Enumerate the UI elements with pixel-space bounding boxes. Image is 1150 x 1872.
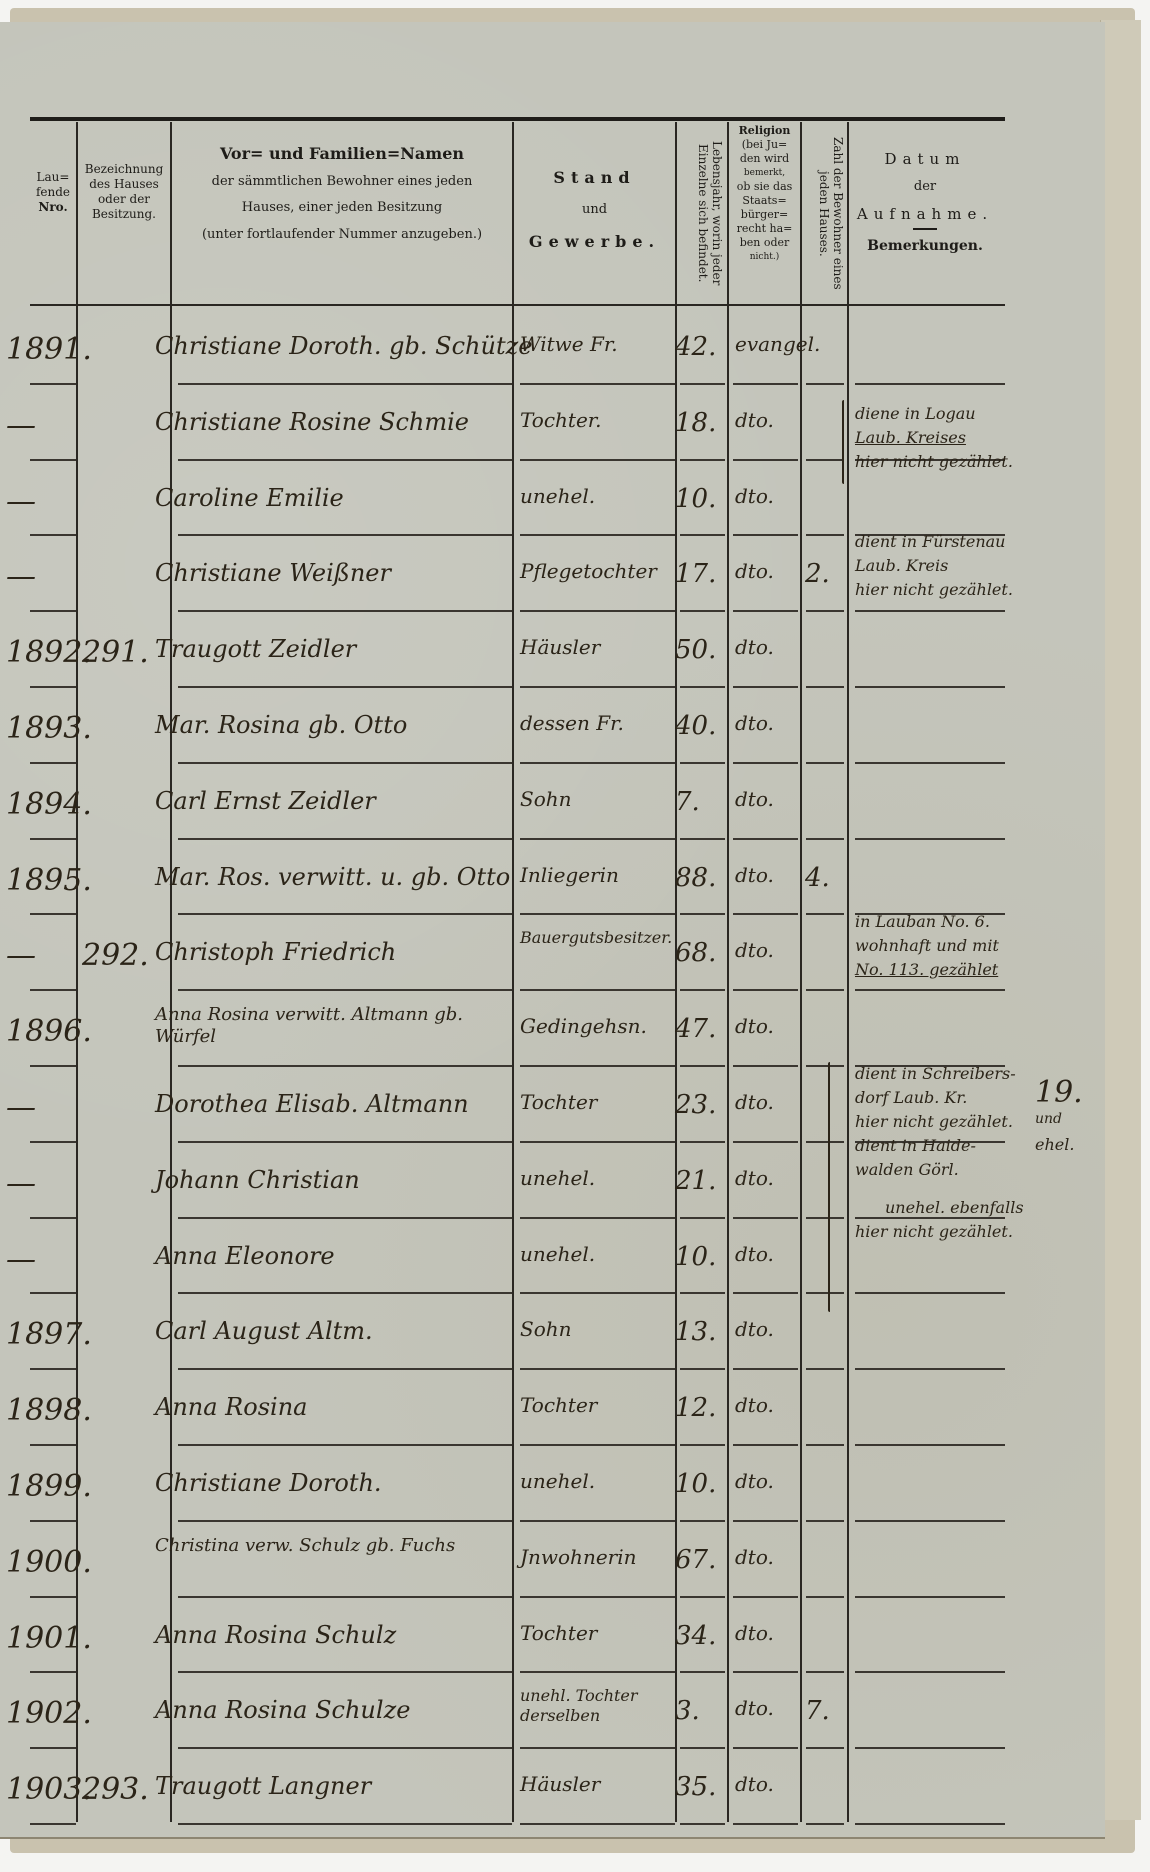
header-bottom-rule: [30, 304, 1005, 306]
table-row: 1896.Anna Rosina verwitt. Altmann gb. Wü…: [0, 992, 1105, 1068]
header-col-datum: Datum der Aufnahme. Bemerkungen.: [850, 150, 1000, 255]
age: 23.: [675, 1090, 725, 1120]
row-divider: [733, 534, 798, 536]
row-divider: [806, 1141, 844, 1143]
row-divider: [680, 913, 725, 915]
row-divider: [733, 1747, 798, 1749]
header-nr-line: Nro.: [30, 200, 76, 215]
row-number: 1902.: [6, 1696, 76, 1731]
occupation: unehel.: [520, 1469, 670, 1493]
header-datum-line: der: [850, 179, 1000, 195]
header-name-line: Hauses, einer jeden Besitzung: [172, 200, 512, 216]
row-divider: [520, 610, 675, 612]
row-number: 1897.: [6, 1317, 76, 1352]
age: 67.: [675, 1545, 725, 1575]
row-divider: [520, 1671, 675, 1673]
occupation: Tochter: [520, 1621, 670, 1645]
row-divider: [30, 913, 76, 915]
header-religion-line: Religion: [729, 124, 800, 138]
header-col-nr: Lau= fende Nro.: [30, 170, 76, 215]
row-divider: [855, 1596, 1005, 1598]
remark-line: hier nicht gezählet.: [855, 578, 1013, 602]
row-divider: [680, 610, 725, 612]
header-datum-line: Datum: [850, 150, 1000, 169]
row-divider: [806, 1596, 844, 1598]
row-divider: [806, 989, 844, 991]
header-stand-title: Stand: [514, 168, 675, 188]
row-number: 1899.: [6, 1469, 76, 1504]
header-religion-line: Staats=: [729, 194, 800, 208]
row-divider: [520, 1747, 675, 1749]
religion: dto.: [735, 863, 805, 887]
row-number: —: [6, 484, 76, 519]
row-divider: [855, 1747, 1005, 1749]
resident-name: Carl August Altm.: [155, 1317, 505, 1345]
resident-name: Caroline Emilie: [155, 484, 505, 512]
row-divider: [30, 1065, 76, 1067]
row-divider: [680, 1671, 725, 1673]
row-divider: [520, 989, 675, 991]
age: 34.: [675, 1621, 725, 1651]
religion: dto.: [735, 787, 805, 811]
resident-name: Johann Christian: [155, 1166, 505, 1194]
row-divider: [178, 913, 512, 915]
row-divider: [30, 838, 76, 840]
row-divider: [855, 383, 1005, 385]
header-name-title: Vor= und Familien=Namen: [172, 144, 512, 164]
row-divider: [806, 610, 844, 612]
top-rule: [30, 117, 1005, 121]
row-divider: [30, 534, 76, 536]
row-divider: [178, 1292, 512, 1294]
row-divider: [806, 913, 844, 915]
row-divider: [178, 838, 512, 840]
row-divider: [520, 1596, 675, 1598]
table-row: 1901.Anna Rosina SchulzTochter34.dto.: [0, 1599, 1105, 1675]
header-col-name: Vor= und Familien=Namen der sämmtlichen …: [172, 144, 512, 243]
row-divider: [680, 686, 725, 688]
row-divider: [680, 1520, 725, 1522]
row-divider: [178, 459, 512, 461]
row-divider: [520, 1217, 675, 1219]
remark-block: dient in Fürstenau Laub. Kreis hier nich…: [855, 530, 1013, 602]
resident-name: Anna Rosina Schulz: [155, 1621, 505, 1649]
remark-line: hier nicht gezählet.: [855, 450, 1013, 474]
remark-block: in Lauban No. 6. wohnhaft und mit No. 11…: [855, 910, 999, 982]
row-divider: [733, 1065, 798, 1067]
row-divider: [733, 1292, 798, 1294]
occupation: Tochter.: [520, 408, 670, 432]
religion: dto.: [735, 484, 805, 508]
row-number: —: [6, 1242, 76, 1277]
row-divider: [520, 1065, 675, 1067]
row-divider: [178, 1065, 512, 1067]
occupation: Witwe Fr.: [520, 332, 670, 356]
age: 18.: [675, 408, 725, 438]
row-divider: [680, 1065, 725, 1067]
occupation: Inliegerin: [520, 863, 670, 887]
table-row: 1891.Christiane Doroth. gb. SchützeWitwe…: [0, 310, 1105, 386]
row-divider: [680, 1747, 725, 1749]
remark-bracket: [828, 1062, 830, 1312]
occupation: Pflegetochter: [520, 559, 670, 583]
row-divider: [520, 913, 675, 915]
row-divider: [30, 1292, 76, 1294]
row-divider: [680, 838, 725, 840]
remark-line: walden Görl.: [855, 1158, 1024, 1182]
remark-line: diene in Logau: [855, 402, 1013, 426]
remark-line: hier nicht gezählet.: [855, 1220, 1024, 1244]
row-number: —: [6, 1090, 76, 1125]
header-datum-line: Aufnahme.: [850, 205, 1000, 224]
row-divider: [30, 610, 76, 612]
row-divider: [733, 383, 798, 385]
religion: dto.: [735, 938, 805, 962]
remark-line: unehel. ebenfalls: [855, 1196, 1024, 1220]
table-row: 1903.293.Traugott LangnerHäusler35.dto.: [0, 1750, 1105, 1826]
row-divider: [30, 1823, 76, 1825]
resident-name: Anna Rosina verwitt. Altmann gb. Würfel: [155, 1004, 505, 1048]
religion: dto.: [735, 559, 805, 583]
row-divider: [806, 1823, 844, 1825]
row-divider: [855, 1292, 1005, 1294]
row-number: —: [6, 1166, 76, 1201]
row-divider: [30, 1368, 76, 1370]
header-religion-line: bürger=: [729, 208, 800, 222]
row-number: 1892.: [6, 635, 76, 670]
resident-name: Anna Rosina: [155, 1393, 505, 1421]
age: 40.: [675, 711, 725, 741]
remark-line: dorf Laub. Kr.: [855, 1086, 1024, 1110]
row-divider: [520, 1444, 675, 1446]
row-divider: [733, 1596, 798, 1598]
row-number: 1894.: [6, 787, 76, 822]
row-divider: [30, 1444, 76, 1446]
row-divider: [520, 1823, 675, 1825]
resident-name: Traugott Zeidler: [155, 635, 505, 663]
resident-name: Christoph Friedrich: [155, 938, 505, 966]
header-haus-line: Besitzung.: [78, 207, 170, 222]
age: 12.: [675, 1393, 725, 1423]
remark-line: dient in Haide-: [855, 1134, 1024, 1158]
household-count: 4.: [805, 863, 840, 893]
row-number: 1900.: [6, 1545, 76, 1580]
religion: dto.: [735, 1393, 805, 1417]
header-nr-line: fende: [30, 185, 76, 200]
header-religion-line: (bei Ju=: [729, 138, 800, 152]
row-divider: [855, 762, 1005, 764]
header-religion-line: den wird: [729, 152, 800, 166]
row-divider: [30, 686, 76, 688]
age: 10.: [675, 484, 725, 514]
header-religion-line: recht ha=: [729, 222, 800, 236]
table-row: 1897.Carl August Altm.Sohn13.dto.: [0, 1295, 1105, 1371]
row-divider: [680, 1823, 725, 1825]
row-divider: [855, 610, 1005, 612]
remark-line: Laub. Kreis: [855, 554, 1013, 578]
row-number: —: [6, 559, 76, 594]
row-divider: [680, 1368, 725, 1370]
row-number: —: [6, 408, 76, 443]
resident-name: Mar. Rosina gb. Otto: [155, 711, 505, 739]
row-divider: [855, 686, 1005, 688]
religion: dto.: [735, 1469, 805, 1493]
row-divider: [178, 1671, 512, 1673]
row-divider: [733, 1444, 798, 1446]
occupation: Tochter: [520, 1393, 670, 1417]
resident-name: Dorothea Elisab. Altmann: [155, 1090, 505, 1118]
religion: dto.: [735, 1014, 805, 1038]
row-divider: [178, 610, 512, 612]
row-divider: [733, 1217, 798, 1219]
age: 50.: [675, 635, 725, 665]
header-col-age: Lebensjahr, worin jeder Einzelne sich be…: [683, 126, 723, 301]
occupation: Tochter: [520, 1090, 670, 1114]
header-haus-line: des Hauses: [78, 177, 170, 192]
row-divider: [520, 383, 675, 385]
header-datum-line: Bemerkungen.: [850, 238, 1000, 256]
row-divider: [733, 610, 798, 612]
row-divider: [30, 1520, 76, 1522]
row-divider: [680, 1596, 725, 1598]
resident-name: Carl Ernst Zeidler: [155, 787, 505, 815]
row-divider: [806, 383, 844, 385]
age: 17.: [675, 559, 725, 589]
religion: dto.: [735, 1621, 805, 1645]
row-divider: [680, 762, 725, 764]
header-name-line: (unter fortlaufender Nummer anzugeben.): [172, 227, 512, 243]
row-divider: [806, 1671, 844, 1673]
row-divider: [733, 1368, 798, 1370]
header-religion-line: ben oder: [729, 236, 800, 250]
row-number: 1901.: [6, 1621, 76, 1656]
occupation: Sohn: [520, 787, 670, 811]
header-religion-line: ob sie das: [729, 180, 800, 194]
row-divider: [30, 1217, 76, 1219]
remark-block: diene in Logau Laub. Kreises hier nicht …: [855, 402, 1013, 474]
occupation: unehl. Tochter derselben: [520, 1686, 670, 1726]
age: 10.: [675, 1242, 725, 1272]
resident-name: Christiane Doroth. gb. Schütze: [155, 332, 505, 360]
header-nr-line: Lau=: [30, 170, 76, 185]
row-divider: [855, 1823, 1005, 1825]
resident-name: Christiane Doroth.: [155, 1469, 505, 1497]
row-divider: [30, 1596, 76, 1598]
header-col-religion: Religion (bei Ju= den wird bemerkt, ob s…: [729, 124, 800, 264]
row-divider: [680, 534, 725, 536]
row-divider: [30, 459, 76, 461]
row-divider: [733, 1671, 798, 1673]
occupation: Häusler: [520, 635, 670, 659]
header-religion-line: nicht.): [729, 250, 800, 264]
row-divider: [30, 1747, 76, 1749]
row-divider: [178, 1444, 512, 1446]
religion: dto.: [735, 1242, 805, 1266]
row-divider: [680, 1292, 725, 1294]
row-divider: [855, 838, 1005, 840]
age: 10.: [675, 1469, 725, 1499]
row-divider: [178, 383, 512, 385]
row-divider: [30, 989, 76, 991]
table-row: 1895.Mar. Ros. verwitt. u. gb. OttoInlie…: [0, 841, 1105, 917]
row-divider: [178, 686, 512, 688]
row-divider: [178, 1368, 512, 1370]
row-divider: [806, 1520, 844, 1522]
row-divider: [30, 762, 76, 764]
row-divider: [520, 762, 675, 764]
age: 47.: [675, 1014, 725, 1044]
paper-stack-edge: [1100, 20, 1141, 1820]
row-divider: [806, 534, 844, 536]
row-divider: [733, 762, 798, 764]
occupation: Bauergutsbesitzer.: [520, 928, 670, 948]
row-divider: [733, 913, 798, 915]
row-divider: [806, 1747, 844, 1749]
table-row: 1892.291.Traugott ZeidlerHäusler50.dto.: [0, 613, 1105, 689]
table-row: 1894.Carl Ernst ZeidlerSohn7.dto.: [0, 765, 1105, 841]
row-divider: [178, 1823, 512, 1825]
table-row: 1898.Anna RosinaTochter12.dto.: [0, 1371, 1105, 1447]
row-divider: [178, 1747, 512, 1749]
row-divider: [733, 1141, 798, 1143]
occupation: unehel.: [520, 1166, 670, 1190]
row-divider: [733, 989, 798, 991]
header-col-haus: Bezeichnung des Hauses oder der Besitzun…: [78, 162, 170, 222]
occupation: Gedingehsn.: [520, 1014, 670, 1038]
row-divider: [806, 686, 844, 688]
religion: dto.: [735, 1090, 805, 1114]
age: 7.: [675, 787, 725, 817]
margin-note: 19. und ehel.: [1035, 1080, 1083, 1158]
row-divider: [806, 1065, 844, 1067]
row-divider: [806, 1444, 844, 1446]
table-row: 1900.Christina verw. Schulz gb. FuchsJnw…: [0, 1523, 1105, 1599]
row-divider: [680, 1141, 725, 1143]
row-divider: [178, 534, 512, 536]
household-count: 7.: [805, 1696, 840, 1726]
header-stand-title: Gewerbe.: [514, 232, 675, 252]
remark-line: hier nicht gezählet.: [855, 1110, 1024, 1134]
row-divider: [855, 989, 1005, 991]
row-divider: [855, 1444, 1005, 1446]
row-divider: [680, 1217, 725, 1219]
occupation: Sohn: [520, 1317, 670, 1341]
remark-line: in Lauban No. 6.: [855, 910, 999, 934]
age: 21.: [675, 1166, 725, 1196]
row-divider: [855, 1368, 1005, 1370]
row-divider: [806, 1217, 844, 1219]
header-col-count: Zahl der Bewohner eines jeden Hauses.: [804, 126, 844, 301]
religion: evangel.: [735, 332, 805, 356]
row-number: 1903.: [6, 1772, 76, 1807]
row-divider: [30, 383, 76, 385]
header-haus-line: oder der: [78, 192, 170, 207]
row-number: —: [6, 938, 76, 973]
row-divider: [178, 762, 512, 764]
occupation: unehel.: [520, 484, 670, 508]
age: 13.: [675, 1317, 725, 1347]
row-divider: [855, 1520, 1005, 1522]
religion: dto.: [735, 1696, 805, 1720]
table-row: 1893.Mar. Rosina gb. Ottodessen Fr.40.dt…: [0, 689, 1105, 765]
row-divider: [520, 838, 675, 840]
row-divider: [178, 989, 512, 991]
resident-name: Christina verw. Schulz gb. Fuchs: [155, 1535, 505, 1557]
row-number: 1898.: [6, 1393, 76, 1428]
row-number: 1896.: [6, 1014, 76, 1049]
occupation: unehel.: [520, 1242, 670, 1266]
religion: dto.: [735, 1545, 805, 1569]
row-divider: [520, 459, 675, 461]
row-divider: [733, 686, 798, 688]
religion: dto.: [735, 1317, 805, 1341]
remark-line: dient in Fürstenau: [855, 530, 1013, 554]
occupation: Häusler: [520, 1772, 670, 1796]
resident-name: Traugott Langner: [155, 1772, 505, 1800]
row-divider: [680, 459, 725, 461]
remark-line: No. 113. gezählet: [855, 958, 999, 982]
age: 3.: [675, 1696, 725, 1726]
resident-name: Christiane Rosine Schmie: [155, 408, 505, 436]
religion: dto.: [735, 1166, 805, 1190]
row-divider: [680, 989, 725, 991]
header-col-stand: Stand und Gewerbe.: [514, 168, 675, 252]
row-divider: [806, 1292, 844, 1294]
header-haus-line: Bezeichnung: [78, 162, 170, 177]
header-name-line: der sämmtlichen Bewohner eines jeden: [172, 174, 512, 190]
occupation: Jnwohnerin: [520, 1545, 670, 1569]
row-divider: [806, 459, 844, 461]
row-number: 1895.: [6, 863, 76, 898]
row-divider: [520, 534, 675, 536]
row-divider: [733, 1823, 798, 1825]
row-divider: [806, 838, 844, 840]
row-divider: [680, 1444, 725, 1446]
row-number: 1891.: [6, 332, 76, 367]
row-divider: [520, 686, 675, 688]
row-divider: [733, 838, 798, 840]
age: 68.: [675, 938, 725, 968]
row-divider: [733, 1520, 798, 1522]
header-stand-line: und: [514, 202, 675, 218]
age: 35.: [675, 1772, 725, 1802]
row-divider: [178, 1596, 512, 1598]
row-divider: [178, 1217, 512, 1219]
row-divider: [520, 1520, 675, 1522]
row-divider: [30, 1141, 76, 1143]
resident-name: Anna Eleonore: [155, 1242, 505, 1270]
religion: dto.: [735, 1772, 805, 1796]
age: 88.: [675, 863, 725, 893]
religion: dto.: [735, 635, 805, 659]
table-row: 1899.Christiane Doroth.unehel.10.dto.: [0, 1447, 1105, 1523]
resident-name: Christiane Weißner: [155, 559, 505, 587]
religion: dto.: [735, 408, 805, 432]
row-divider: [855, 1671, 1005, 1673]
remark-block: dient in Schreibers- dorf Laub. Kr. hier…: [855, 1062, 1024, 1244]
table-row: 1902.Anna Rosina Schulzeunehl. Tochter d…: [0, 1674, 1105, 1750]
row-divider: [806, 1368, 844, 1370]
row-divider: [520, 1141, 675, 1143]
row-divider: [680, 383, 725, 385]
remark-line: Laub. Kreises: [855, 426, 1013, 450]
register-page: Lau= fende Nro. Bezeichnung des Hauses o…: [0, 22, 1105, 1839]
remark-line: dient in Schreibers-: [855, 1062, 1024, 1086]
margin-note-line: ehel.: [1035, 1132, 1083, 1158]
row-divider: [178, 1141, 512, 1143]
row-divider: [178, 1520, 512, 1522]
row-divider: [30, 1671, 76, 1673]
